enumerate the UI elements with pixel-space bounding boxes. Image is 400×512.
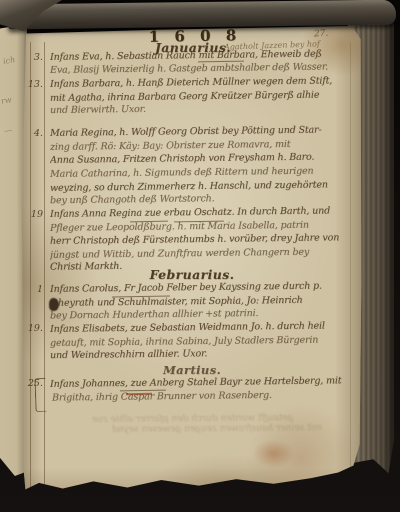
margin-rule-outer bbox=[30, 42, 31, 488]
entry-line: Maria Catharina, h. Sigmunds deß Rittern… bbox=[50, 165, 354, 180]
entry-line: Infans Carolus, Fr Jacob Felber bey Kays… bbox=[50, 280, 354, 295]
entry-line: getauft, mit Sophia, ihrina Sabina, July… bbox=[50, 334, 354, 349]
entry-line: Infans Barbara, h. Hanß Dieterich Müllne… bbox=[50, 75, 354, 90]
entry-line: jüngst und Wittib, und Zunftfrau werden … bbox=[50, 246, 354, 261]
bleedthrough-text: mit seiner hausfrawen zeugen gewesen sey… bbox=[112, 423, 322, 435]
entry-line: Pfleger zue Leopoldßburg. h. mit Maria I… bbox=[50, 219, 354, 234]
register-page: 1 6 0 8 27. Januarius. Agatholt Jazzen b… bbox=[22, 26, 362, 496]
entry-line: herr Christoph deß Fürstenthumbs h. vorü… bbox=[50, 232, 354, 247]
entry-day-number: 19. bbox=[26, 323, 43, 334]
margin-bracket-flourish bbox=[34, 378, 46, 412]
facing-page-ink-fragment: — bbox=[3, 125, 12, 135]
entry-day-number: 19 bbox=[26, 209, 43, 220]
margin-rule-inner bbox=[44, 42, 45, 488]
month-heading-februarius: Februarius. bbox=[146, 267, 238, 282]
entry-line: Infans Anna Regina zue erbau Oschatz. In… bbox=[50, 205, 354, 220]
entry-day-number: 3. bbox=[26, 52, 43, 63]
entry-line: Maria Regina, h. Wolff Georg Obrist bey … bbox=[50, 124, 354, 139]
entry-line: Infans Johannes, zue Anberg Stahel Bayr … bbox=[50, 375, 354, 390]
entry-day-number: 4. bbox=[26, 128, 43, 139]
entry-line: Infans Elisabets, zue Sebastian Weidmann… bbox=[50, 320, 354, 335]
month-heading-martius: Martius. bbox=[152, 363, 232, 377]
entry-line: bey Dornach Hunderthan allhier +st patri… bbox=[50, 308, 290, 322]
entry-day-number: 13. bbox=[26, 79, 43, 90]
entry-line: weyzing, so durch Zimmerherz h. Hanschl,… bbox=[50, 179, 354, 194]
entry-line: und Bierwirth. Uxor. bbox=[50, 103, 210, 116]
entry-line: Christi Markth. bbox=[50, 260, 160, 272]
entry-line: mit Agatha, ihrina Barbara Georg Kreütze… bbox=[50, 89, 354, 104]
entry-line: Brigitha, ihrig Caspar Brunner von Rasen… bbox=[52, 389, 302, 403]
entry-line: heyrath und Schuhlmaister, mit Sophia, J… bbox=[58, 294, 354, 309]
entry-line: Anna Susanna, Fritzen Christoph von Frey… bbox=[50, 151, 354, 166]
photograph-of-register-page: ich rw — 1 6 0 8 27. Januarius. Agatholt… bbox=[0, 0, 400, 512]
entry-line: Eva, Blasij Weinzierlig h. Gastgeb ambts… bbox=[50, 61, 354, 76]
book-cover-board-top bbox=[8, 0, 396, 29]
entry-day-number: 1 bbox=[26, 284, 43, 295]
entry-line: zing darff. Rö: Käy: Bay: Obrister zue R… bbox=[50, 138, 354, 153]
folio-page-number: 27. bbox=[314, 29, 329, 40]
facing-page-ink-fragment: rw bbox=[0, 95, 12, 106]
entry-line: und Weindreschhirn allhier. Uxor. bbox=[50, 348, 240, 361]
entry-line: bey unß Changoth deß Wortstorch. bbox=[50, 193, 250, 206]
